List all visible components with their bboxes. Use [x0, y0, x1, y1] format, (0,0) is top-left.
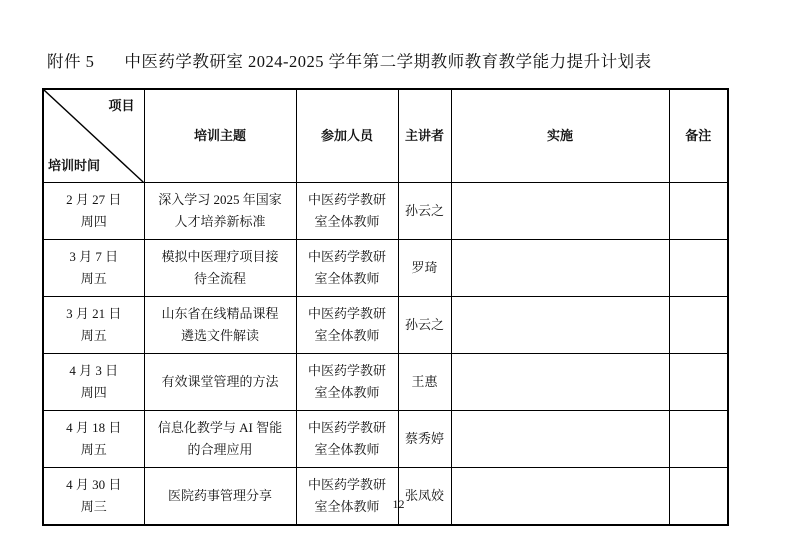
cell-topic: 有效课堂管理的方法 [144, 354, 296, 411]
header-label-project: 项目 [108, 95, 134, 117]
cell-participants: 中医药学教研 室全体教师 [296, 183, 398, 240]
cell-topic: 信息化教学与 AI 智能 的合理应用 [144, 411, 296, 468]
cell-speaker: 罗琦 [398, 240, 451, 297]
attachment-label: 附件 5 [47, 48, 94, 72]
table-row: 3 月 7 日 周五 模拟中医理疗项目接 待全流程 中医药学教研 室全体教师 罗… [43, 240, 728, 297]
table-row: 2 月 27 日 周四 深入学习 2025 年国家 人才培养新标准 中医药学教研… [43, 183, 728, 240]
cell-date: 3 月 7 日 周五 [43, 240, 144, 297]
training-plan-table: 项目 培训时间 培训主题 参加人员 主讲者 实施 备注 2 月 27 日 周四 … [42, 88, 729, 526]
cell-implementation [451, 411, 669, 468]
header-cell-remarks: 备注 [669, 89, 728, 183]
document-title-row: 附件 5 中医药学教研室 2024-2025 学年第二学期教师教育教学能力提升计… [47, 48, 757, 72]
header-cell-participants: 参加人员 [296, 89, 398, 183]
header-row: 项目 培训时间 培训主题 参加人员 主讲者 实施 备注 [43, 89, 728, 183]
cell-participants: 中医药学教研 室全体教师 [296, 354, 398, 411]
cell-implementation [451, 297, 669, 354]
header-label-training-time: 培训时间 [48, 155, 100, 177]
page-title: 中医药学教研室 2024-2025 学年第二学期教师教育教学能力提升计划表 [124, 48, 651, 72]
header-cell-speaker: 主讲者 [398, 89, 451, 183]
cell-speaker: 孙云之 [398, 297, 451, 354]
header-cell-diagonal: 项目 培训时间 [43, 89, 144, 183]
cell-speaker: 蔡秀婷 [398, 411, 451, 468]
page-number: 12 [0, 497, 797, 512]
table-row: 4 月 3 日 周四 有效课堂管理的方法 中医药学教研 室全体教师 王惠 [43, 354, 728, 411]
cell-remarks [669, 411, 728, 468]
cell-topic: 深入学习 2025 年国家 人才培养新标准 [144, 183, 296, 240]
cell-remarks [669, 183, 728, 240]
header-cell-topic: 培训主题 [144, 89, 296, 183]
document-page: 附件 5 中医药学教研室 2024-2025 学年第二学期教师教育教学能力提升计… [0, 0, 797, 541]
cell-remarks [669, 297, 728, 354]
cell-remarks [669, 354, 728, 411]
cell-date: 3 月 21 日 周五 [43, 297, 144, 354]
cell-participants: 中医药学教研 室全体教师 [296, 411, 398, 468]
cell-participants: 中医药学教研 室全体教师 [296, 240, 398, 297]
cell-topic: 模拟中医理疗项目接 待全流程 [144, 240, 296, 297]
cell-date: 2 月 27 日 周四 [43, 183, 144, 240]
cell-date: 4 月 18 日 周五 [43, 411, 144, 468]
cell-remarks [669, 240, 728, 297]
cell-topic: 山东省在线精品课程 遴选文件解读 [144, 297, 296, 354]
cell-speaker: 王惠 [398, 354, 451, 411]
cell-date: 4 月 3 日 周四 [43, 354, 144, 411]
table-header: 项目 培训时间 培训主题 参加人员 主讲者 实施 备注 [43, 89, 728, 183]
table-row: 4 月 18 日 周五 信息化教学与 AI 智能 的合理应用 中医药学教研 室全… [43, 411, 728, 468]
cell-participants: 中医药学教研 室全体教师 [296, 297, 398, 354]
table-body: 2 月 27 日 周四 深入学习 2025 年国家 人才培养新标准 中医药学教研… [43, 183, 728, 525]
cell-speaker: 孙云之 [398, 183, 451, 240]
table-row: 3 月 21 日 周五 山东省在线精品课程 遴选文件解读 中医药学教研 室全体教… [43, 297, 728, 354]
header-cell-implementation: 实施 [451, 89, 669, 183]
cell-implementation [451, 183, 669, 240]
cell-implementation [451, 354, 669, 411]
cell-implementation [451, 240, 669, 297]
